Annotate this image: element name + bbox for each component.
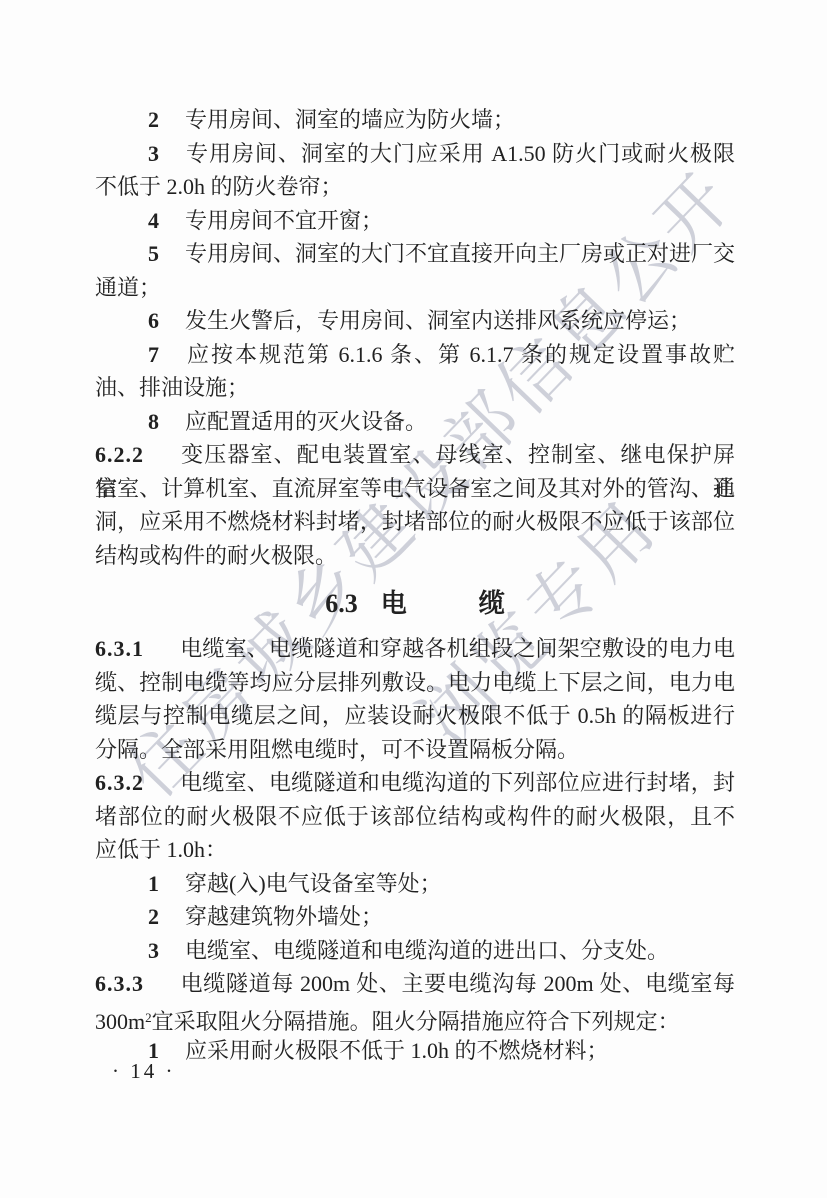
line-text: 专用房间不宜开窗； — [185, 208, 383, 233]
page-number: · 14 · — [112, 1059, 176, 1084]
text-block-bottom: 6.3.1电缆室、电缆隧道和穿越各机组段之间架空敷设的电力电缆、控制电缆等均应分… — [95, 632, 735, 1068]
line-text: 300m — [95, 1009, 145, 1034]
line-text: 信室、计算机室、直流屏室等电气设备室之间及其对外的管沟、孔 — [95, 476, 735, 501]
clause-label: 6.3.2 — [95, 766, 180, 800]
item-number: 5 — [148, 237, 185, 271]
item-number: 3 — [148, 934, 185, 968]
text-line: 2穿越建筑物外墙处； — [95, 900, 735, 934]
item-number: 6 — [148, 304, 185, 338]
line-text: 电缆室、电缆隧道和穿越各机组段之间架空敷设的电力电 — [180, 636, 735, 661]
text-line: 6发生火警后，专用房间、洞室内送排风系统应停运； — [95, 304, 735, 338]
text-line: 3专用房间、洞室的大门应采用 A1.50 防火门或耐火极限 — [95, 137, 735, 171]
text-line: 结构或构件的耐火极限。 — [95, 539, 735, 573]
clause-label: 6.2.2 — [95, 438, 180, 472]
line-text: 电缆室、电缆隧道和电缆沟道的下列部位应进行封堵，封 — [180, 770, 735, 795]
line-text: 专用房间、洞室的大门不宜直接开向主厂房或正对进厂交 — [185, 241, 735, 266]
line-text: 电缆室、电缆隧道和电缆沟道的进出口、分支处。 — [185, 938, 669, 963]
text-line: 2专用房间、洞室的墙应为防火墙； — [95, 103, 735, 137]
line-text: 应按本规范第 6.1.6 条、第 6.1.7 条的规定设置事故贮 — [185, 342, 735, 367]
line-text: 应低于 1.0h： — [95, 837, 227, 862]
section-heading-word-2: 缆 — [479, 589, 505, 618]
line-text: 应配置适用的灭火设备。 — [185, 409, 427, 434]
line-text: 结构或构件的耐火极限。 — [95, 543, 337, 568]
line-text: 堵部位的耐火极限不应低于该部位结构或构件的耐火极限，且不 — [95, 804, 735, 829]
text-line: 1穿越(入)电气设备室等处； — [95, 867, 735, 901]
line-text: 缆层与控制电缆层之间，应装设耐火极限不低于 0.5h 的隔板进行 — [95, 703, 735, 728]
text-line: 4专用房间不宜开窗； — [95, 204, 735, 238]
item-number: 2 — [148, 103, 185, 137]
section-heading: 6.3电缆 — [95, 584, 735, 624]
line-text: 通道； — [95, 275, 161, 300]
text-line: 通道； — [95, 271, 735, 305]
clause-line: 6.3.2电缆室、电缆隧道和电缆沟道的下列部位应进行封堵，封 — [95, 766, 735, 800]
line-text: 宜采取阻火分隔措施。阻火分隔措施应符合下列规定： — [152, 1009, 680, 1034]
item-number: 1 — [148, 867, 185, 901]
line-text: 电缆隧道每 200m 处、主要电缆沟每 200m 处、电缆室每 — [180, 971, 735, 996]
clause-line: 6.3.1电缆室、电缆隧道和穿越各机组段之间架空敷设的电力电 — [95, 632, 735, 666]
text-line: 1应采用耐火极限不低于 1.0h 的不燃烧材料； — [95, 1034, 735, 1068]
text-line: 缆层与控制电缆层之间，应装设耐火极限不低于 0.5h 的隔板进行 — [95, 699, 735, 733]
line-text: 发生火警后，专用房间、洞室内送排风系统应停运； — [185, 308, 691, 333]
text-block-top: 2专用房间、洞室的墙应为防火墙；3专用房间、洞室的大门应采用 A1.50 防火门… — [95, 103, 735, 572]
text-line: 不低于 2.0h 的防火卷帘； — [95, 170, 735, 204]
line-text: 缆、控制电缆等均应分层排列敷设。电力电缆上下层之间，电力电 — [95, 670, 735, 695]
text-line: 300m2宜采取阻火分隔措施。阻火分隔措施应符合下列规定： — [95, 1001, 735, 1035]
text-line: 应低于 1.0h： — [95, 833, 735, 867]
clause-label: 6.3.3 — [95, 967, 180, 1001]
item-number: 8 — [148, 405, 185, 439]
text-line: 缆、控制电缆等均应分层排列敷设。电力电缆上下层之间，电力电 — [95, 666, 735, 700]
line-text: 专用房间、洞室的墙应为防火墙； — [185, 107, 515, 132]
item-number: 4 — [148, 204, 185, 238]
line-text: 洞，应采用不燃烧材料封堵，封堵部位的耐火极限不应低于该部位 — [95, 509, 735, 534]
line-text: 分隔。全部采用阻燃电缆时，可不设置隔板分隔。 — [95, 737, 579, 762]
line-text: 穿越建筑物外墙处； — [185, 904, 383, 929]
text-line: 7应按本规范第 6.1.6 条、第 6.1.7 条的规定设置事故贮 — [95, 338, 735, 372]
text-line: 分隔。全部采用阻燃电缆时，可不设置隔板分隔。 — [95, 733, 735, 767]
section-heading-number: 6.3 — [325, 589, 358, 618]
line-text: 应采用耐火极限不低于 1.0h 的不燃烧材料； — [185, 1038, 609, 1063]
line-text: 专用房间、洞室的大门应采用 A1.50 防火门或耐火极限 — [185, 141, 735, 166]
text-line: 信室、计算机室、直流屏室等电气设备室之间及其对外的管沟、孔 — [95, 472, 735, 506]
clause-line: 6.3.3电缆隧道每 200m 处、主要电缆沟每 200m 处、电缆室每 — [95, 967, 735, 1001]
item-number: 2 — [148, 900, 185, 934]
item-number: 3 — [148, 137, 185, 171]
text-line: 油、排油设施； — [95, 371, 735, 405]
text-line: 8应配置适用的灭火设备。 — [95, 405, 735, 439]
item-number: 7 — [148, 338, 185, 372]
text-line: 5专用房间、洞室的大门不宜直接开向主厂房或正对进厂交 — [95, 237, 735, 271]
text-line: 洞，应采用不燃烧材料封堵，封堵部位的耐火极限不应低于该部位 — [95, 505, 735, 539]
text-column: 2专用房间、洞室的墙应为防火墙；3专用房间、洞室的大门应采用 A1.50 防火门… — [95, 103, 735, 1068]
section-heading-word-1: 电 — [381, 589, 407, 618]
line-text: 油、排油设施； — [95, 375, 249, 400]
clause-line: 6.2.2变压器室、配电装置室、母线室、控制室、继电保护屏室、通 — [95, 438, 735, 472]
clause-label: 6.3.1 — [95, 632, 180, 666]
document-page: { "page": { "number_display": "· 14 ·" }… — [0, 0, 827, 1198]
text-line: 堵部位的耐火极限不应低于该部位结构或构件的耐火极限，且不 — [95, 800, 735, 834]
text-line: 3电缆室、电缆隧道和电缆沟道的进出口、分支处。 — [95, 934, 735, 968]
line-text: 不低于 2.0h 的防火卷帘； — [95, 174, 343, 199]
line-text: 穿越(入)电气设备室等处； — [185, 871, 442, 896]
